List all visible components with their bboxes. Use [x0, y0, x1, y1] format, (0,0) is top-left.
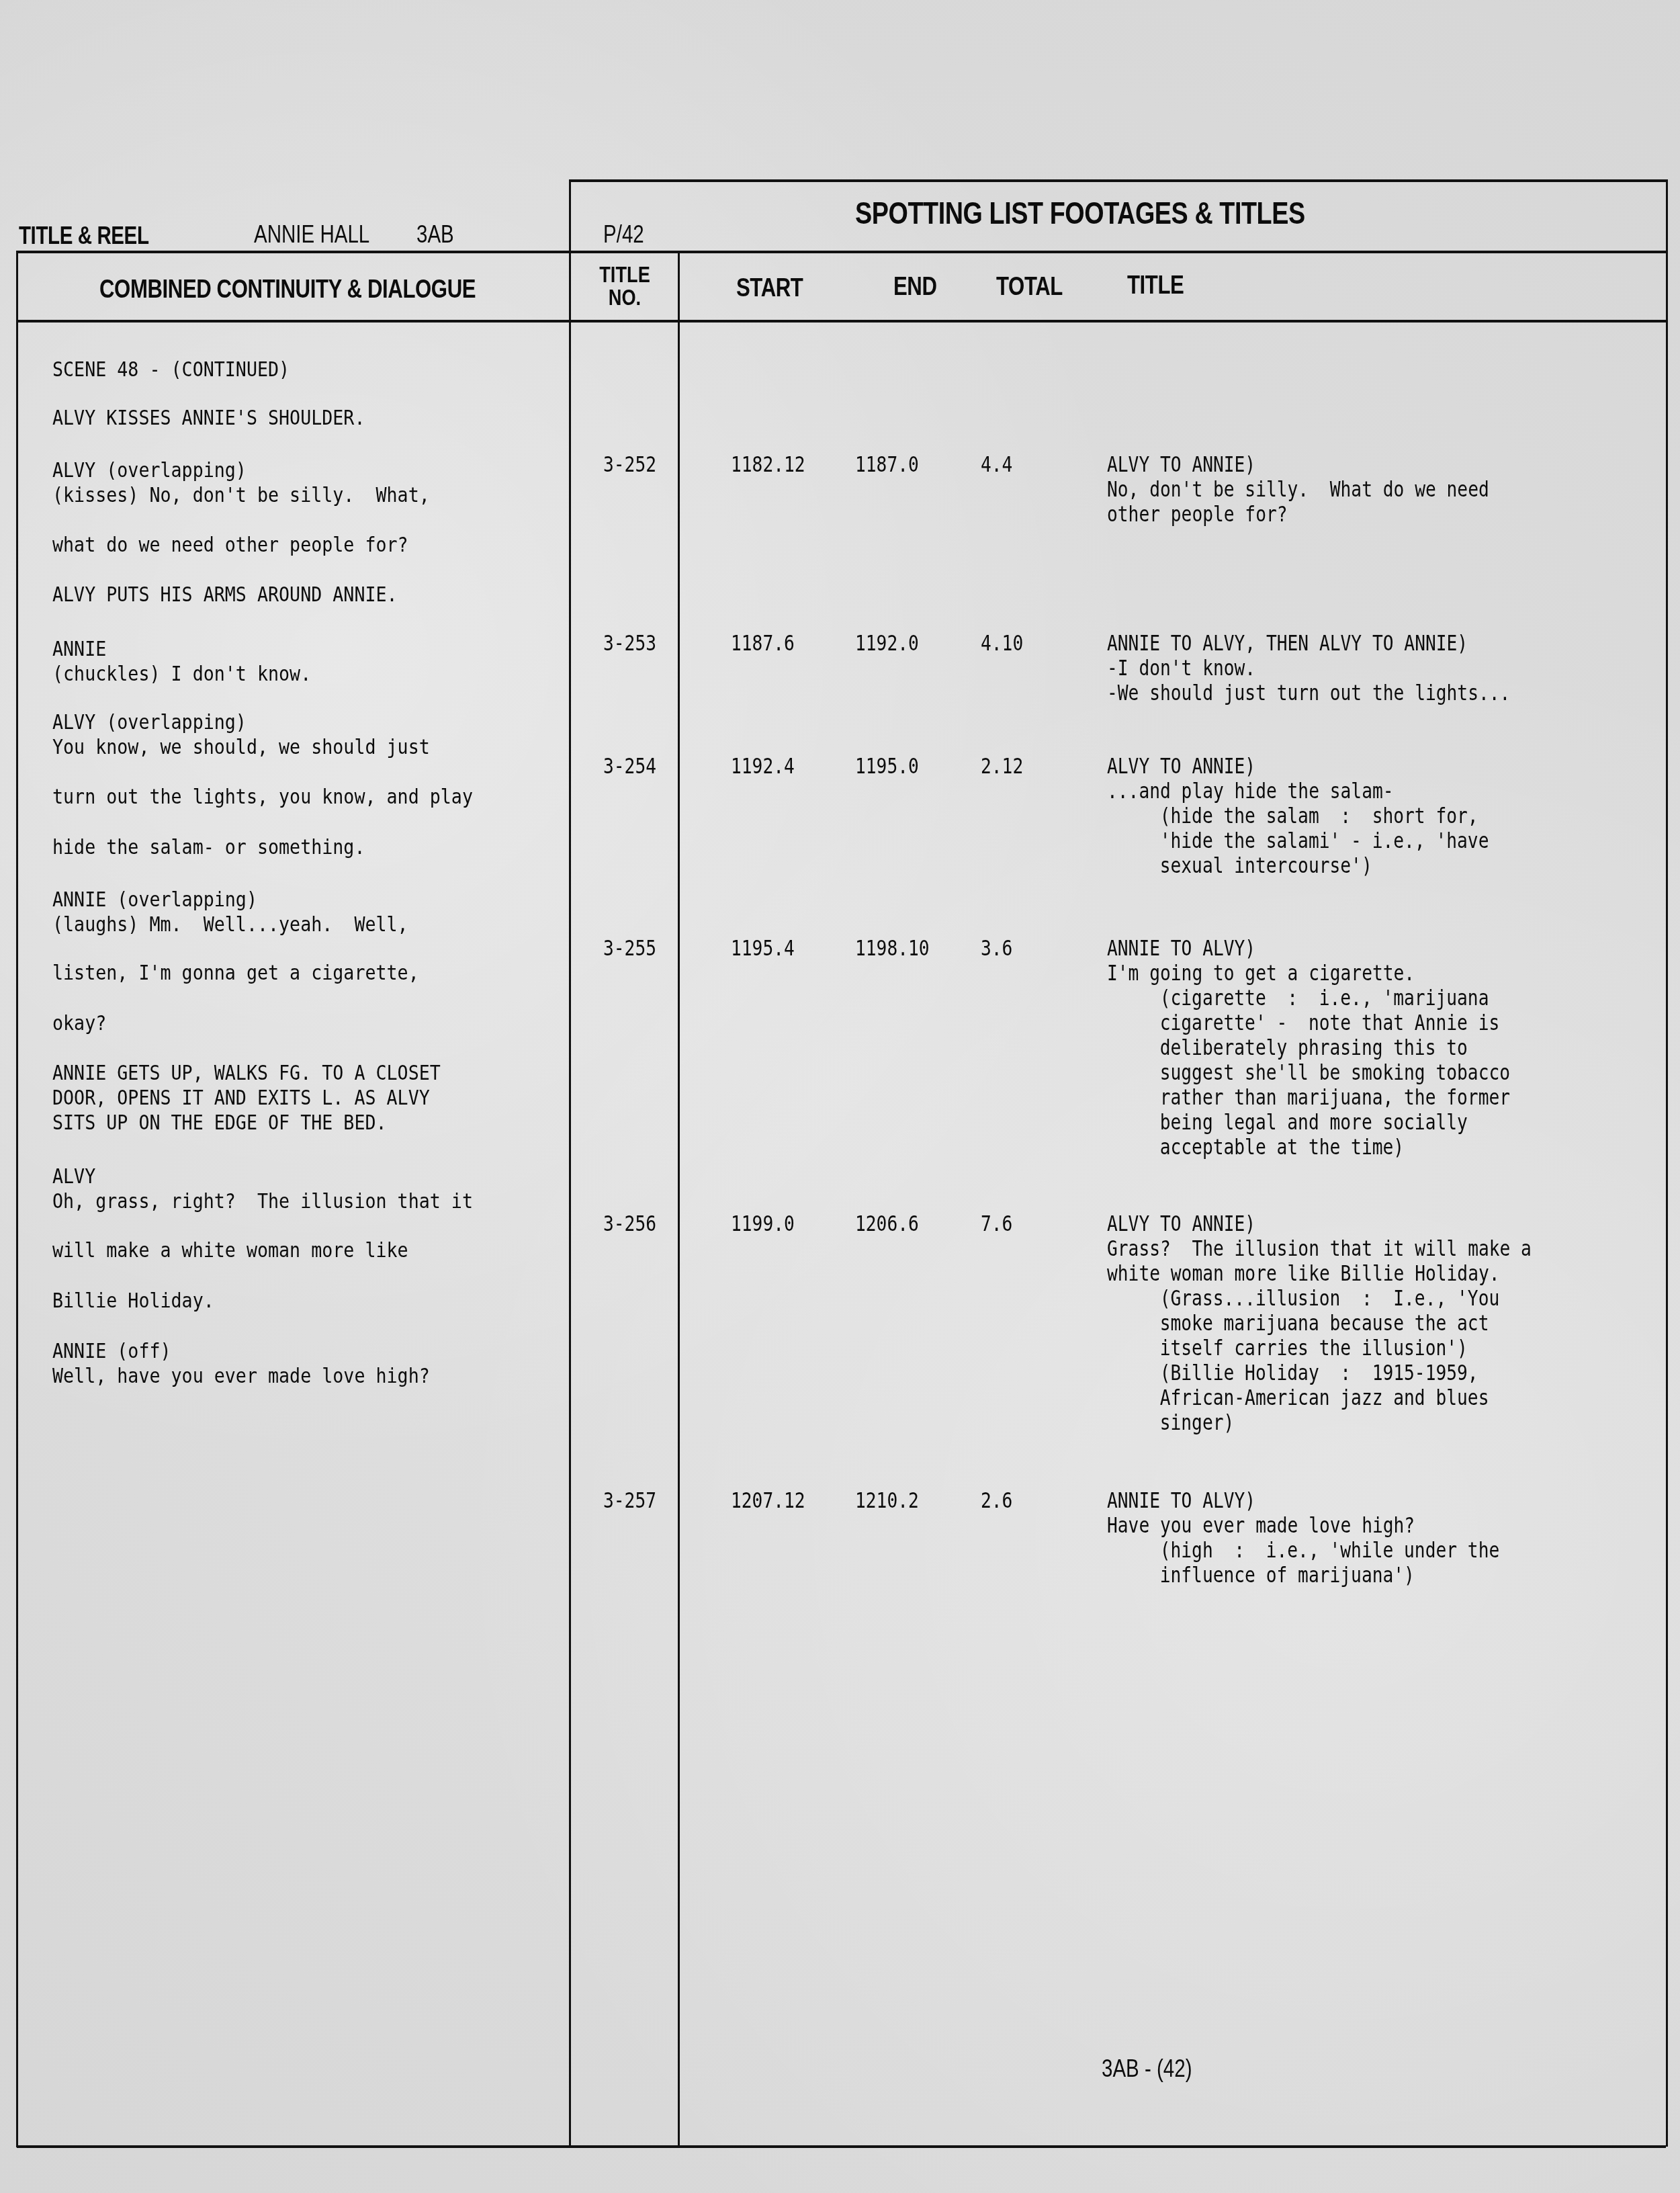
subtitle-text-line: Have you ever made love high?: [1107, 1513, 1499, 1538]
total-footage: 2.12: [981, 754, 1023, 779]
column-title-no: TITLE NO.: [571, 263, 678, 309]
continuity-line: DOOR, OPENS IT AND EXITS L. AS ALVY: [52, 1086, 441, 1111]
subtitle-entry: ANNIE TO ALVY)Have you ever made love hi…: [1107, 1488, 1499, 1588]
subtitle-speaker: ANNIE TO ALVY): [1107, 1488, 1499, 1513]
subtitle-note-line: influence of marijuana'): [1107, 1563, 1499, 1588]
continuity-line: will make a white woman more like: [52, 1238, 408, 1263]
end-footage: 1192.0: [855, 631, 919, 656]
subtitle-text-line: white woman more like Billie Holiday.: [1107, 1261, 1532, 1286]
continuity-line: ALVY (overlapping): [52, 458, 430, 483]
subtitle-note-line: 'hide the salami' - i.e., 'have: [1107, 828, 1489, 853]
subtitle-note-line: deliberately phrasing this to: [1107, 1035, 1510, 1060]
continuity-line: (kisses) No, don't be silly. What,: [52, 483, 430, 508]
subtitle-text-line: ...and play hide the salam-: [1107, 779, 1489, 804]
subtitle-note-line: singer): [1107, 1410, 1532, 1435]
column-title: TITLE: [1127, 271, 1184, 300]
continuity-line: ALVY PUTS HIS ARMS AROUND ANNIE.: [52, 583, 398, 607]
page-code: 3AB - (42): [1102, 2055, 1192, 2083]
continuity-block: ALVY PUTS HIS ARMS AROUND ANNIE.: [52, 583, 398, 607]
column-title-no-line1: TITLE: [582, 263, 668, 286]
bottom-border: [17, 2145, 1666, 2148]
continuity-line: ALVY: [52, 1164, 473, 1189]
continuity-block: what do we need other people for?: [52, 533, 408, 558]
start-footage: 1187.6: [731, 631, 795, 656]
end-footage: 1195.0: [855, 754, 919, 779]
title-number: 3-255: [603, 936, 656, 961]
subtitle-note-line: smoke marijuana because the act: [1107, 1311, 1532, 1336]
continuity-block: hide the salam- or something.: [52, 835, 365, 860]
reel-number: 3AB: [416, 220, 454, 249]
subtitle-text-line: Grass? The illusion that it will make a: [1107, 1236, 1532, 1261]
column-title-no-line2: NO.: [582, 286, 668, 309]
continuity-divider: [569, 179, 571, 2146]
subtitle-speaker: ANNIE TO ALVY, THEN ALVY TO ANNIE): [1107, 631, 1510, 656]
subtitle-speaker: ALVY TO ANNIE): [1107, 754, 1489, 779]
continuity-line: SCENE 48 - (CONTINUED): [52, 357, 290, 382]
continuity-line: ALVY KISSES ANNIE'S SHOULDER.: [52, 406, 365, 431]
total-footage: 3.6: [981, 936, 1012, 961]
continuity-line: turn out the lights, you know, and play: [52, 785, 473, 810]
continuity-block: ALVY (overlapping)(kisses) No, don't be …: [52, 458, 430, 508]
subtitle-note-line: rather than marijuana, the former: [1107, 1085, 1510, 1110]
continuity-line: Billie Holiday.: [52, 1289, 214, 1314]
continuity-line: (chuckles) I don't know.: [52, 662, 311, 687]
subtitle-entry: ANNIE TO ALVY, THEN ALVY TO ANNIE)-I don…: [1107, 631, 1510, 705]
continuity-line: ALVY (overlapping): [52, 710, 430, 735]
header-divider: [17, 251, 1667, 253]
continuity-block: ALVYOh, grass, right? The illusion that …: [52, 1164, 473, 1214]
title-number: 3-257: [603, 1488, 656, 1513]
continuity-line: SITS UP ON THE EDGE OF THE BED.: [52, 1111, 441, 1135]
continuity-line: ANNIE (off): [52, 1339, 430, 1364]
continuity-block: SCENE 48 - (CONTINUED): [52, 357, 290, 382]
continuity-line: listen, I'm gonna get a cigarette,: [52, 961, 419, 986]
subtitle-note-line: African-American jazz and blues: [1107, 1385, 1532, 1410]
continuity-block: ALVY KISSES ANNIE'S SHOULDER.: [52, 406, 365, 431]
continuity-block: okay?: [52, 1011, 106, 1036]
end-footage: 1210.2: [855, 1488, 919, 1513]
total-footage: 7.6: [981, 1211, 1012, 1236]
start-footage: 1199.0: [731, 1211, 795, 1236]
subtitle-note-line: suggest she'll be smoking tobacco: [1107, 1060, 1510, 1085]
end-footage: 1206.6: [855, 1211, 919, 1236]
continuity-block: ANNIE(chuckles) I don't know.: [52, 637, 311, 687]
end-footage: 1187.0: [855, 452, 919, 477]
end-footage: 1198.10: [855, 936, 930, 961]
column-end: END: [893, 273, 937, 302]
continuity-line: Well, have you ever made love high?: [52, 1364, 430, 1389]
top-border-right: [570, 179, 1667, 182]
start-footage: 1192.4: [731, 754, 795, 779]
total-footage: 4.4: [981, 452, 1012, 477]
start-footage: 1182.12: [731, 452, 805, 477]
continuity-line: hide the salam- or something.: [52, 835, 365, 860]
continuity-block: ALVY (overlapping)You know, we should, w…: [52, 710, 430, 760]
subtitle-note-line: (high : i.e., 'while under the: [1107, 1538, 1499, 1563]
continuity-line: ANNIE: [52, 637, 311, 662]
subtitle-note-line: acceptable at the time): [1107, 1135, 1510, 1160]
column-total: TOTAL: [996, 273, 1063, 302]
continuity-line: ANNIE (overlapping): [52, 888, 408, 912]
subtitle-text-line: I'm going to get a cigarette.: [1107, 961, 1510, 986]
left-border: [16, 251, 18, 2147]
subtitle-note-line: (cigarette : i.e., 'marijuana: [1107, 986, 1510, 1010]
column-header-divider: [17, 320, 1667, 322]
subtitle-speaker: ALVY TO ANNIE): [1107, 452, 1489, 477]
subtitle-text-line: No, don't be silly. What do we need: [1107, 477, 1489, 502]
right-border: [1666, 179, 1668, 2147]
title-no-divider: [678, 252, 680, 2147]
title-number: 3-256: [603, 1211, 656, 1236]
continuity-block: ANNIE GETS UP, WALKS FG. TO A CLOSETDOOR…: [52, 1061, 441, 1135]
subtitle-speaker: ANNIE TO ALVY): [1107, 936, 1510, 961]
continuity-block: ANNIE (overlapping)(laughs) Mm. Well...y…: [52, 888, 408, 937]
title-number: 3-252: [603, 452, 656, 477]
continuity-block: Billie Holiday.: [52, 1289, 214, 1314]
continuity-line: Oh, grass, right? The illusion that it: [52, 1189, 473, 1214]
continuity-line: ANNIE GETS UP, WALKS FG. TO A CLOSET: [52, 1061, 441, 1086]
start-footage: 1207.12: [731, 1488, 805, 1513]
page-ref: P/42: [603, 220, 644, 249]
continuity-line: (laughs) Mm. Well...yeah. Well,: [52, 912, 408, 937]
continuity-block: will make a white woman more like: [52, 1238, 408, 1263]
subtitle-entry: ALVY TO ANNIE)...and play hide the salam…: [1107, 754, 1489, 878]
subtitle-note-line: cigarette' - note that Annie is: [1107, 1010, 1510, 1035]
section-title: SPOTTING LIST FOOTAGES & TITLES: [855, 195, 1305, 231]
subtitle-text-line: other people for?: [1107, 502, 1489, 527]
continuity-block: turn out the lights, you know, and play: [52, 785, 473, 810]
subtitle-speaker: ALVY TO ANNIE): [1107, 1211, 1532, 1236]
column-continuity: COMBINED CONTINUITY & DIALOGUE: [99, 275, 476, 304]
title-number: 3-253: [603, 631, 656, 656]
film-title: ANNIE HALL: [254, 220, 369, 249]
subtitle-entry: ALVY TO ANNIE)Grass? The illusion that i…: [1107, 1211, 1532, 1435]
subtitle-text-line: -We should just turn out the lights...: [1107, 681, 1510, 705]
start-footage: 1195.4: [731, 936, 795, 961]
subtitle-note-line: (Billie Holiday : 1915-1959,: [1107, 1361, 1532, 1385]
subtitle-text-line: -I don't know.: [1107, 656, 1510, 681]
subtitle-note-line: (hide the salam : short for,: [1107, 804, 1489, 828]
continuity-block: listen, I'm gonna get a cigarette,: [52, 961, 419, 986]
column-start: START: [736, 274, 803, 303]
continuity-line: You know, we should, we should just: [52, 735, 430, 760]
subtitle-entry: ANNIE TO ALVY)I'm going to get a cigaret…: [1107, 936, 1510, 1160]
subtitle-entry: ALVY TO ANNIE)No, don't be silly. What d…: [1107, 452, 1489, 527]
subtitle-note-line: itself carries the illusion'): [1107, 1336, 1532, 1361]
total-footage: 2.6: [981, 1488, 1012, 1513]
subtitle-note-line: (Grass...illusion : I.e., 'You: [1107, 1286, 1532, 1311]
subtitle-note-line: sexual intercourse'): [1107, 853, 1489, 878]
title-reel-label: TITLE & REEL: [19, 222, 149, 250]
title-number: 3-254: [603, 754, 656, 779]
continuity-line: okay?: [52, 1011, 106, 1036]
total-footage: 4.10: [981, 631, 1023, 656]
subtitle-note-line: being legal and more socially: [1107, 1110, 1510, 1135]
continuity-block: ANNIE (off)Well, have you ever made love…: [52, 1339, 430, 1389]
continuity-line: what do we need other people for?: [52, 533, 408, 558]
